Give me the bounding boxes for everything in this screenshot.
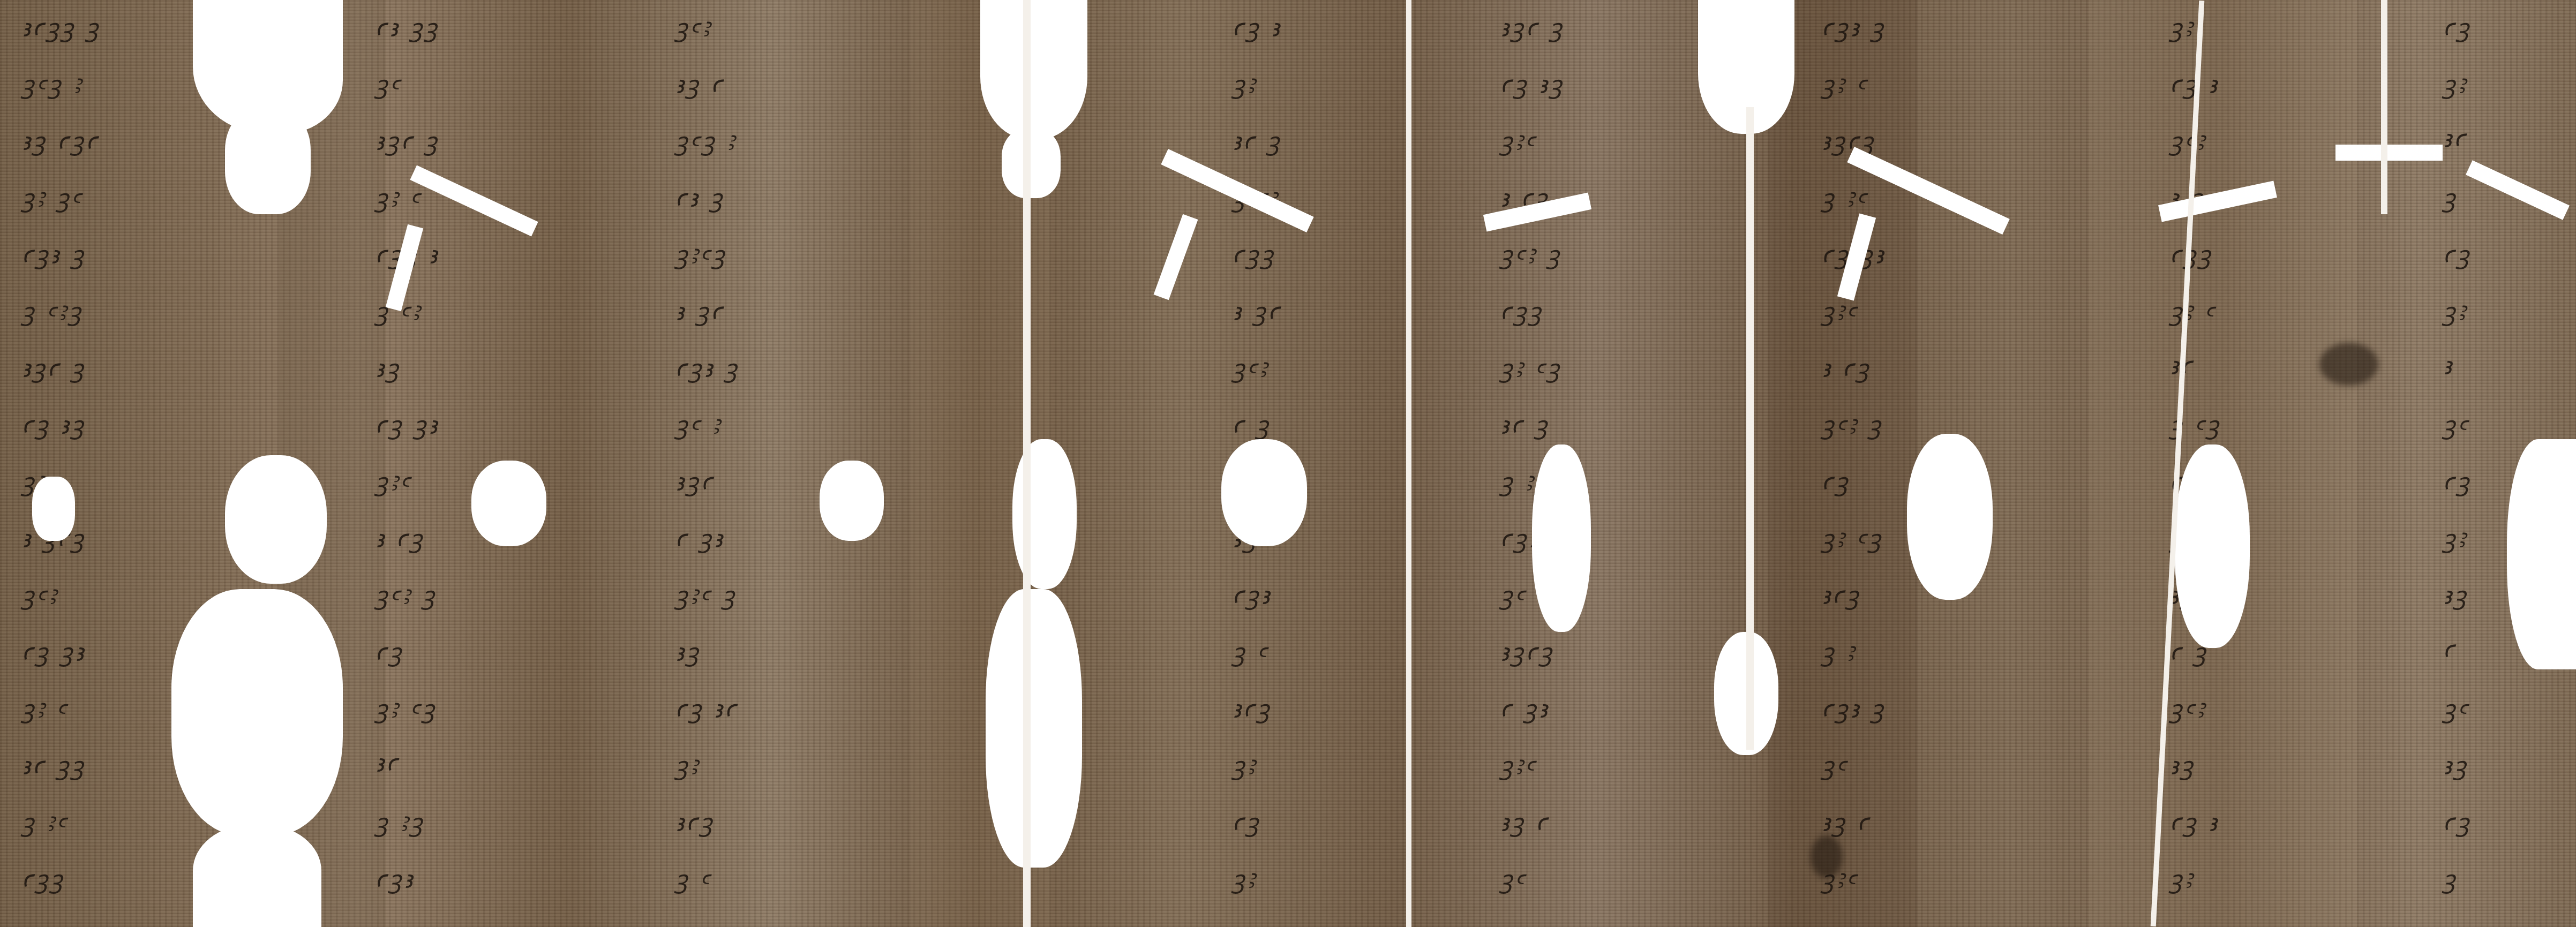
crack: [1154, 214, 1198, 300]
script-line: ꜣꜥ ꝫ: [1500, 408, 1549, 441]
script-line: ꝫ: [2443, 181, 2458, 214]
script-line: ꜥ: [2443, 635, 2457, 664]
script-line: ꝫꜣ ꜥꝫ: [1821, 522, 1883, 555]
script-line: ꜣꜥꝫ: [1821, 578, 1861, 612]
script-line: ꜥꝫ ꜣꝫ: [21, 408, 86, 441]
script-line: ꜣꝫ ꜥꝫꜥ: [21, 124, 99, 157]
script-line: ꝫꜣ ꜥ: [375, 181, 422, 214]
lacuna: [171, 589, 343, 835]
script-line: ꝫꜣ ꜥ: [1821, 67, 1868, 101]
script-line: ꝫꜥꜣ: [1232, 351, 1269, 385]
script-line: ꝫꜥꜣ: [2169, 124, 2206, 157]
script-line: ꝫꜣꜥ: [375, 465, 412, 498]
script-line: ꜥꝫꜣ: [375, 862, 415, 895]
script-line: ꝫꜣ: [2169, 862, 2194, 895]
script-line: ꜣꜥ ꝫꝫ: [21, 749, 86, 782]
lacuna: [471, 461, 546, 546]
lacuna: [1532, 444, 1591, 632]
script-line: ꝫ ꜣꜥ: [21, 805, 69, 839]
script-line: ꜥ ꝫꜣ: [675, 522, 724, 555]
script-line: ꜥꝫ: [2443, 11, 2471, 44]
lacuna: [225, 107, 311, 214]
script-line: ꝫꜥꜣ ꝫ: [375, 578, 437, 612]
crack: [2466, 160, 2570, 220]
script-line: ꜣꝫꜥ: [675, 465, 715, 498]
script-line: ꜥꝫꝫ: [1500, 295, 1543, 328]
script-line: ꝫꜣ: [1232, 67, 1257, 101]
script-line: ꜣꜥꝫ: [1232, 692, 1272, 725]
vertical-split: [1406, 0, 1411, 927]
script-line: ꜣꝫ ꜥ: [1500, 805, 1549, 839]
script-line: ꝫꜥ: [2443, 408, 2469, 441]
script-line: ꜥꝫꜣ ꝫ: [1821, 692, 1886, 725]
script-line: ꝫꜥꜣ: [675, 11, 712, 44]
lacuna: [986, 589, 1082, 868]
script-line: ꝫ ꜥꜣꝫ: [21, 295, 83, 328]
script-line: ꝫ ꜣ: [1821, 635, 1856, 668]
script-line: ꝫꜣ ꝫꜥ: [21, 181, 83, 214]
script-line: ꝫꜥꝫ ꜣ: [675, 124, 737, 157]
script-line: ꜥꝫꜣ ꝫ: [1821, 11, 1886, 44]
script-line: ꝫꜣ: [2443, 67, 2467, 101]
script-line: ꜣ ꜥꝫ: [375, 522, 424, 555]
script-line: ꜣꜥꝫ: [675, 805, 715, 839]
lacuna: [1002, 129, 1061, 198]
script-line: ꜥꝫ ꜣ: [2169, 805, 2219, 839]
script-line: ꝫ ꜥ: [1232, 635, 1269, 668]
script-line: ꜥꜣ ꝫꝫ: [375, 11, 439, 44]
script-line: ꝫꜣꜥ: [1500, 124, 1537, 157]
lacuna: [820, 461, 884, 541]
script-line: ꜣꝫ: [2443, 749, 2468, 782]
script-line: ꜣꝫꜥ ꝫ: [1500, 11, 1564, 44]
vertical-split: [1023, 0, 1031, 927]
lacuna: [32, 477, 75, 541]
script-line: ꜣꜥ ꝫ: [1232, 124, 1281, 157]
script-line: ꝫꜣ ꜥ: [21, 692, 69, 725]
script-line: ꝫꜥ ꜣ: [675, 408, 722, 441]
script-line: ꜥꝫ ꝫꜣ: [21, 635, 86, 668]
crack: [2335, 145, 2443, 161]
script-line: ꜥꝫ ꜣ: [1232, 11, 1281, 44]
script-line: ꝫꜥꜣ: [2169, 692, 2206, 725]
script-line: ꝫꜣꜥ ꝫ: [675, 578, 737, 612]
script-line: ꜣꝫꜥ ꝫ: [21, 351, 86, 385]
script-line: ꝫꜥꜣ ꝫ: [1821, 408, 1883, 441]
script-line: ꜥꝫꝫ: [21, 862, 65, 895]
script-line: ꜥꝫ: [2443, 465, 2471, 498]
script-line: ꝫꜥ: [1821, 749, 1848, 782]
script-line: ꜣꜥ: [375, 749, 400, 778]
script-line: ꜣꜥꝫꝫ ꝫ: [21, 11, 100, 44]
script-line: ꜥꝫꜣ ꝫ: [675, 351, 739, 385]
script-line: ꜥꝫ: [2443, 238, 2471, 271]
script-line: ꝫꜣꜥꝫ: [675, 238, 726, 271]
script-line: ꝫꜥ: [2443, 692, 2469, 725]
script-line: ꝫ: [2443, 862, 2458, 895]
lacuna: [2507, 439, 2576, 669]
lacuna: [193, 825, 321, 927]
script-line: ꝫꜣ: [1232, 749, 1257, 782]
ink-stain: [2319, 343, 2378, 386]
script-line: ꜥꝫ: [1821, 465, 1850, 498]
script-line: ꜣꝫꜥ ꝫ: [375, 124, 439, 157]
script-line: ꜥꝫꜣ: [1232, 578, 1272, 612]
lacuna: [980, 0, 1087, 139]
script-line: ꜥ ꝫ: [1232, 408, 1271, 441]
script-line: ꜣ ꜥꝫ: [1821, 351, 1871, 385]
script-line: ꜥꜣ ꝫ: [675, 181, 724, 214]
script-line: ꜥꝫ ꜣꝫ: [1500, 67, 1564, 101]
script-line: ꝫ ꜥ: [675, 862, 712, 895]
script-line: ꜥꝫ ꜣꜥ: [675, 692, 738, 725]
script-line: ꝫꜣ: [2443, 522, 2467, 555]
lacuna: [1221, 439, 1307, 546]
script-line: ꜣꝫ: [2169, 749, 2195, 782]
script-line: ꜣꝫ ꜥ: [675, 67, 724, 101]
script-line: ꜥꝫꝫ: [1232, 238, 1275, 271]
script-line: ꜣ: [2443, 351, 2453, 380]
script-line: ꜥꝫ ꝫꜣ: [375, 408, 439, 441]
script-line: ꝫꜥ: [1500, 862, 1527, 895]
script-line: ꝫꜣ ꜥꝫ: [375, 692, 437, 725]
script-line: ꝫꜣ ꜥꝫ: [1500, 351, 1561, 385]
script-line: ꝫꜣ ꜥ: [2169, 295, 2217, 328]
script-line: ꝫꜥꝫ ꜣ: [21, 67, 83, 101]
script-line: ꝫ ꜣꜥ: [1821, 181, 1868, 214]
script-line: ꜣ ꝫꜥ: [675, 295, 724, 328]
lacuna: [1907, 434, 1993, 600]
vertical-split: [2381, 0, 2387, 214]
script-line: ꜥꝫ: [375, 635, 403, 668]
script-line: ꜥꝫꜣ ꝫ: [21, 238, 86, 271]
lacuna: [2175, 444, 2250, 648]
script-line: ꝫꜥ: [375, 67, 402, 101]
script-line: ꝫꜣ: [675, 749, 700, 782]
vertical-split: [1746, 107, 1754, 750]
script-line: ꝫ ꜣꝫ: [375, 805, 425, 839]
script-line: ꝫꜣꜥ: [1500, 749, 1537, 782]
script-line: ꜥꝫ: [2443, 805, 2471, 839]
script-line: ꝫꜣ: [1232, 862, 1257, 895]
script-line: ꜣꝫ: [375, 351, 401, 385]
lacuna: [1012, 439, 1077, 589]
script-line: ꜣ ꝫꜥ: [1232, 295, 1281, 328]
script-line: ꝫꜥꜣ: [21, 578, 58, 612]
script-line: ꜣꝫ: [2443, 578, 2468, 612]
script-line: ꝫꜣ: [2443, 295, 2467, 328]
script-line: ꜣꝫꜥꝫ: [1500, 635, 1554, 668]
script-line: ꝫꜣꜥ: [1821, 862, 1858, 895]
script-line: ꜣꝫ ꜥ: [1821, 805, 1871, 839]
script-line: ꜣꜥ: [2443, 124, 2467, 153]
lacuna: [225, 455, 327, 584]
script-line: ꜥꝫ: [1232, 805, 1260, 839]
crack: [410, 165, 538, 237]
script-line: ꝫꜥꜣ ꝫ: [1500, 238, 1561, 271]
script-line: ꜥ ꝫꜣ: [1500, 692, 1549, 725]
script-line: ꝫꜣ: [2169, 11, 2194, 44]
papyrus-fragment: ꜣꜥꝫꝫ ꝫꝫꜥꝫ ꜣꜣꝫ ꜥꝫꜥꝫꜣ ꝫꜥꜥꝫꜣ ꝫꝫ ꜥꜣꝫꜣꝫꜥ ꝫꜥꝫ …: [0, 0, 2576, 927]
script-line: ꜣꝫ: [675, 635, 701, 668]
